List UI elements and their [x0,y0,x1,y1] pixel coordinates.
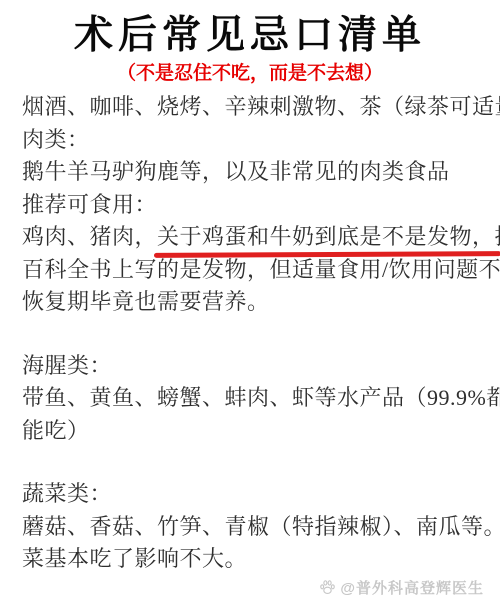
body-text: 烟酒、咖啡、烧烤、辛辣刺激物、茶（绿茶可适量） 肉类： 鹅牛羊马驴狗鹿等，以及非… [0,85,500,576]
vegetable-line2: 菜基本吃了影响不大。 [22,543,482,576]
watermark: @普外科高登辉医生 [319,577,484,598]
meat-forbidden-line: 鹅牛羊马驴狗鹿等，以及非常见的肉类食品 [22,156,482,189]
page-title: 术后常见忌口清单 [0,14,500,58]
general-taboo-line: 烟酒、咖啡、烧烤、辛辣刺激物、茶（绿茶可适量） [22,91,482,124]
baidu-paw-icon [319,579,336,596]
recommend-post-text: 按照 [495,224,500,249]
seafood-line2: 能吃） [22,415,482,448]
watermark-handle: @普外科高登辉医生 [340,577,484,598]
section-gap [22,319,482,350]
taboo-list-card: 术后常见忌口清单 （不是忍住不吃，而是不去想） 烟酒、咖啡、烧烤、辛辣刺激物、茶… [0,0,500,604]
meat-recommend-header: 推荐可食用： [22,189,482,222]
red-underlined-phrase: 关于鸡蛋和牛奶到底是不是发物， [157,221,495,254]
page-subtitle: （不是忍住不吃，而是不去想） [0,63,500,86]
recommend-pre-text: 鸡肉、猪肉， [22,224,157,249]
section-gap [22,447,482,478]
vegetable-line1: 蘑菇、香菇、竹笋、青椒（特指辣椒）、南瓜等。蔬 [22,511,482,544]
vegetable-section-header: 蔬菜类： [22,478,482,511]
meat-recommend-line3: 恢复期毕竟也需要营养。 [22,286,482,319]
meat-recommend-line1: 鸡肉、猪肉，关于鸡蛋和牛奶到底是不是发物，按照 [22,221,482,254]
meat-recommend-line2: 百科全书上写的是发物，但适量食用/饮用问题不大， [22,254,482,287]
meat-section-header: 肉类： [22,124,482,157]
seafood-line1: 带鱼、黄鱼、螃蟹、蚌肉、虾等水产品（99.9%都不 [22,382,482,415]
seafood-section-header: 海腥类： [22,350,482,383]
